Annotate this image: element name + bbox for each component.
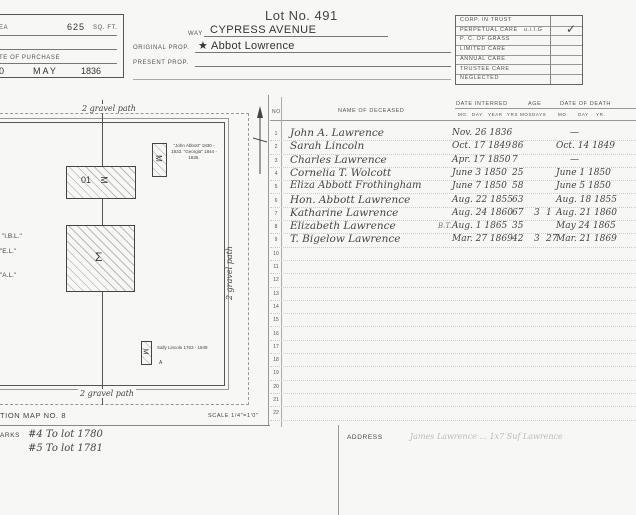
scale-label: SCALE 1/4"=1'0" [208, 413, 259, 419]
header-age: AGE [528, 101, 541, 107]
plot-sally-lincoln[interactable]: M [141, 341, 152, 365]
map-label-al: "A.L." [0, 272, 16, 279]
address-label: ADDRESS [347, 434, 383, 441]
original-prop-mark: ★ [198, 39, 208, 52]
register-row[interactable]: 3 Charles Lawrence Apr. 17 1850 7 — [270, 154, 636, 168]
care-status-box: CORP. IN TRUST PERPETUAL CARE u.i.l.G ✓ … [455, 15, 583, 85]
register-row[interactable]: 18 [270, 353, 636, 367]
register-row[interactable]: 19 [270, 366, 636, 380]
register-row[interactable]: 11 [270, 260, 636, 274]
register-row[interactable]: 21 [270, 393, 636, 407]
area-value: 625 [67, 22, 85, 32]
map-label-ibl: "I.B.L." [2, 233, 22, 240]
remark-2: #5 To lot 1781 [28, 443, 103, 454]
header-date-of-death: DATE OF DEATH [560, 101, 611, 107]
purchase-year: 1836 [81, 66, 101, 76]
register-row[interactable]: 7 Katharine Lawrence Aug. 24 1860 67 3 1… [270, 207, 636, 221]
plot-sally-note: Sally Lincoln 1763 - 1849 [157, 345, 217, 351]
register-row[interactable]: 13 [270, 287, 636, 301]
plot-sally-sub: A [159, 360, 162, 366]
purchase-label: TE OF PURCHASE [0, 55, 60, 61]
register-row[interactable]: 9 T. Bigelow Lawrence Mar. 27 1869 42 3 … [270, 233, 636, 247]
register-row[interactable]: 10 [270, 247, 636, 261]
original-prop-label: ORIGINAL PROP. [133, 45, 189, 51]
section-map-label: TION MAP NO. 8 [0, 411, 66, 420]
register-row[interactable]: 15 [270, 313, 636, 327]
header-name: NAME OF DECEASED [338, 108, 404, 114]
care-row-neglected[interactable]: NEGLECTED [456, 74, 582, 84]
lot-info-box: EA 625 SQ. FT. TE OF PURCHASE 0 MAY 1836 [0, 14, 124, 78]
original-prop-value: Abbot Lowrence [211, 40, 295, 52]
bottom-path-label: 2 gravel path [78, 389, 136, 398]
register-row[interactable]: 2 Sarah Lincoln Oct. 17 1849 86 Oct. 14 … [270, 140, 636, 154]
register-row[interactable]: 16 [270, 327, 636, 341]
map-label-el: "E.L." [0, 248, 16, 255]
purchase-month: MAY [33, 66, 58, 76]
present-prop-label: PRESENT PROP. [133, 60, 189, 66]
plot-mid[interactable]: 01 M [66, 166, 136, 199]
register-row[interactable]: 22 [270, 406, 636, 420]
plot-john-abbott-note: "John Abbott" 1830 - 1833. "Georgia" 184… [169, 143, 219, 161]
register-row[interactable]: 14 [270, 300, 636, 314]
register-row[interactable]: 1 John A. Lawrence Nov. 26 1836 — [270, 127, 636, 141]
area-unit: SQ. FT. [93, 25, 118, 31]
area-label: EA [0, 25, 8, 31]
burial-register-table: NO. NAME OF DECEASED DATE INTERRED AGE D… [270, 97, 636, 427]
register-row[interactable]: 12 [270, 273, 636, 287]
register-row[interactable]: 5 Eliza Abbott Frothingham June 7 1850 5… [270, 180, 636, 194]
way-label: WAY [188, 31, 203, 37]
purchase-day: 0 [0, 66, 4, 76]
top-path-label: 2 gravel path [80, 104, 138, 113]
register-row[interactable]: 8 Elizabeth Lawrence B.T. Aug. 1 1865 35… [270, 220, 636, 234]
checkmark-icon: ✓ [566, 22, 577, 36]
register-row[interactable]: 20 [270, 380, 636, 394]
remark-1: #4 To lot 1780 [28, 429, 103, 440]
register-row[interactable]: 17 [270, 340, 636, 354]
remarks-label: ARKS [0, 432, 20, 439]
header-date-interred: DATE INTERRED [456, 101, 508, 107]
lot-title: Lot No. 491 [265, 8, 338, 23]
register-row[interactable]: 4 Cornelia T. Wolcott June 3 1850 25 Jun… [270, 167, 636, 181]
address-value[interactable]: James Lawrence ... 1x7 Suf Lawrence [410, 432, 563, 441]
plot-large[interactable]: Σ [66, 225, 135, 292]
right-path-label: 2 gravel path [225, 246, 234, 300]
plot-john-abbott[interactable]: M [152, 143, 167, 177]
north-arrow-icon [253, 106, 267, 176]
register-row[interactable]: 6 Hon. Abbott Lawrence Aug. 22 1855 63 A… [270, 194, 636, 208]
way-value: CYPRESS AVENUE [210, 24, 316, 36]
